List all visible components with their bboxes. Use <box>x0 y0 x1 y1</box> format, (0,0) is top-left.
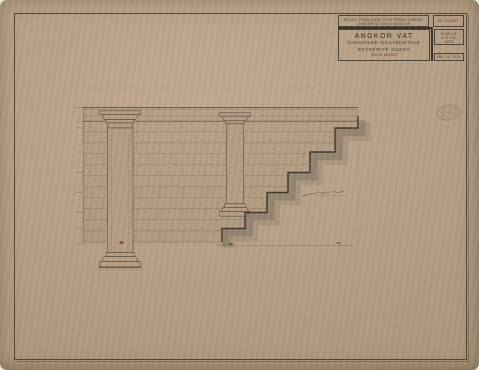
reference-box: REL. N° 1274 <box>434 53 464 61</box>
archive-stamp-seal <box>436 103 461 121</box>
scale-box: ÉCHELLE 0,02 P.M. DATE <box>434 29 464 45</box>
drawing-subtitle-1: CHAUSSÉE OCCIDENTALE <box>339 41 429 47</box>
institution-box: ÉCOLE FRANÇAISE D'EXTRÊME-ORIENT CONSERV… <box>338 15 429 27</box>
level-tick-marks <box>75 108 84 245</box>
drawing-title: ANGKOR VAT <box>339 33 429 41</box>
drawing-title-box: ANGKOR VAT CHAUSSÉE OCCIDENTALE EXTRÉMIT… <box>338 29 430 61</box>
scanned-drawing-sheet: ÉCOLE FRANÇAISE D'EXTRÊME-ORIENT CONSERV… <box>0 0 479 370</box>
title-block-vertical-bar <box>431 27 433 61</box>
doc-number-box: N° 15.627 <box>433 15 464 27</box>
drawing-subtitle-3: FACE NORD <box>339 53 429 58</box>
scale-line-3: DATE <box>435 40 463 44</box>
pencil-note <box>302 192 345 196</box>
